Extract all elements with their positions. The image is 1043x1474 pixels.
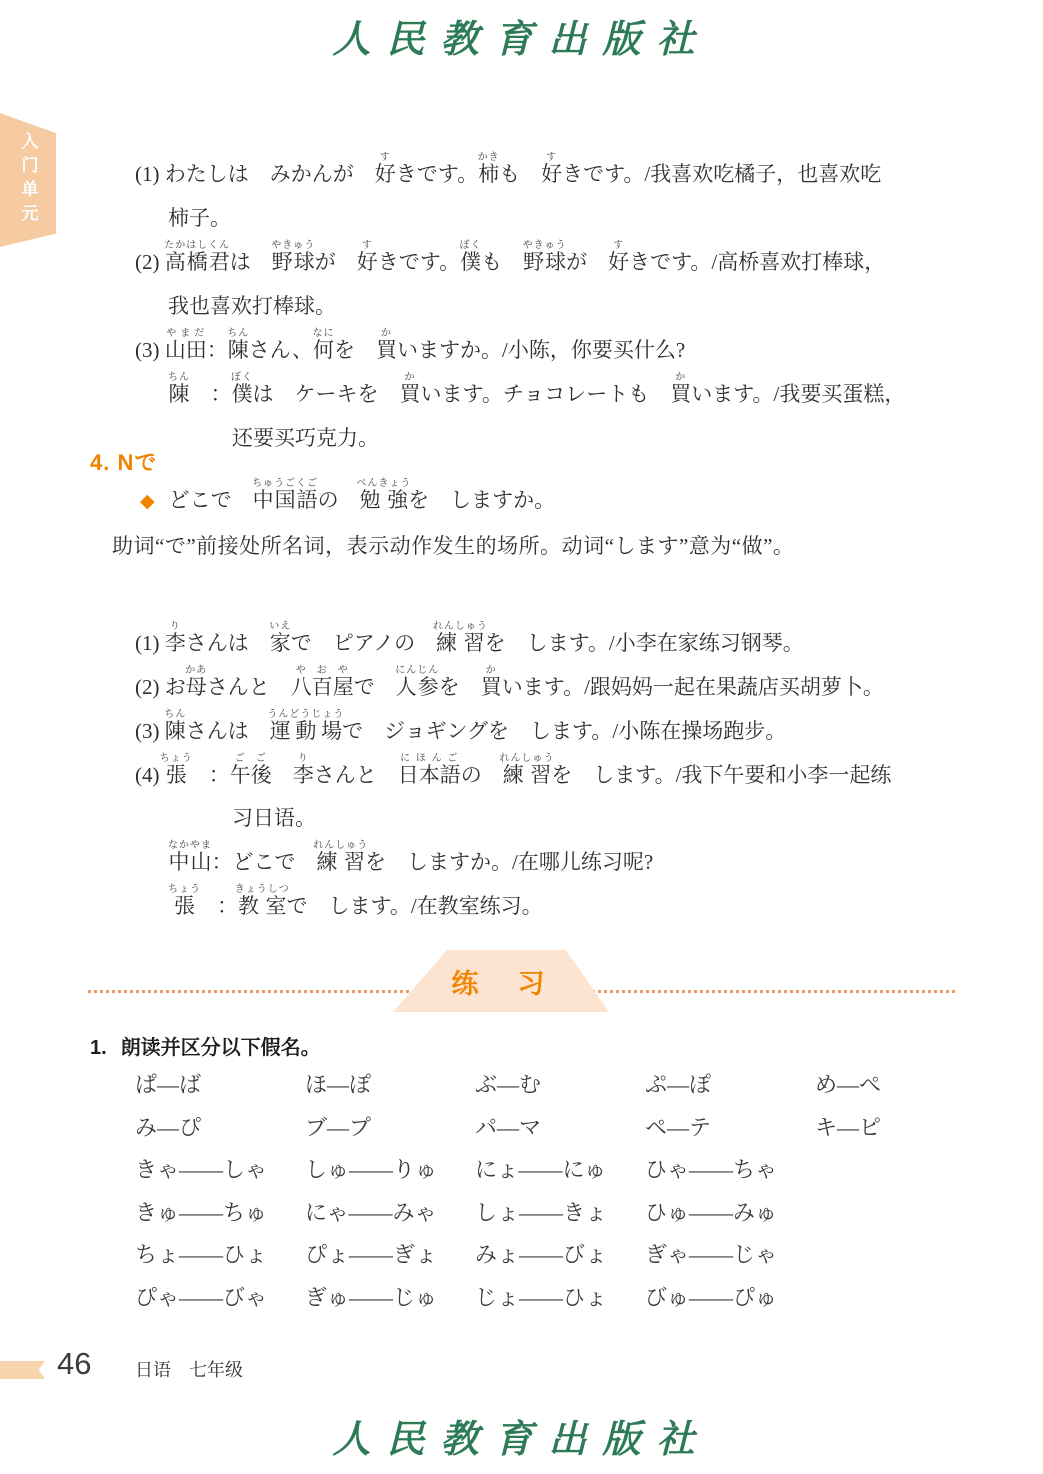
kana-row: ぱ—ばほ—ぽぶ—むぷ—ぽめ—ぺ [135,1064,1015,1107]
section4-explanation: 助词“で”前接处所名词，表示动作发生的场所。动词“します”意为“做”。 [112,524,794,568]
example-line: (4) 張ちょう ：午後ごご 李りさんと 日本語にほんごの 練習れんしゅうを し… [0,753,1000,797]
section4-number: 4. [90,450,110,475]
ruby-word: 陳ちん [165,719,186,743]
practice-banner-label: 练 习 [452,962,551,1001]
example-line: (2) 高橋君たかはしくんは 野球やきゅうが 好すきです。僕ぼくも 野球やきゅう… [0,240,1000,284]
kana-pair: キ—ピ [815,1107,985,1150]
ruby-word: 陳ちん [228,338,249,362]
grammar-examples-block: (1) わたしは みかんが 好すきです。柿かきも 好すきです。/我喜欢吃橘子，也… [0,98,1000,460]
ruby-word: 勉強べんきょう [360,488,409,512]
example-line: (1) 李りさんは 家いえで ピアノの 練習れんしゅうを します。/小李在家练习… [0,621,1000,665]
ruby-word: 野球やきゅう [523,250,566,274]
example-line: 陳ちん ：僕ぼくは ケーキを 買かいます。チョコレートも 買かいます。/我要买蛋… [0,372,1000,416]
example-line: 張ちょう ：教室きょうしつで します。/在教室练习。 [0,884,1000,928]
kana-pair: びゅ——ぴゅ [645,1277,815,1320]
ruby-word: 人参にんじん [396,675,439,699]
kana-pair: ぎゃ——じゃ [645,1234,815,1277]
model-sentence-text: どこで 中国語ちゅうごくごの 勉強べんきょうを しますか。 [169,488,556,512]
ruby-word: 中山なかやま [168,850,212,874]
section4-examples-block: (1) 李りさんは 家いえで ピアノの 練習れんしゅうを します。/小李在家练习… [0,567,1000,928]
kana-row: ぴゃ——びゃぎゅ——じゅじょ——ひょびゅ——ぴゅ [135,1277,1015,1320]
section4-heading: 4. Nで [90,446,157,477]
kana-pair: にゃ——みゃ [305,1192,475,1235]
kana-row: きゅ——ちゅにゃ——みゃしょ——きょひゅ——みゅ [135,1192,1015,1235]
ruby-word: 張ちょう [168,894,196,918]
ruby-word: 好す [375,162,396,186]
textbook-page: 人民教育出版社 入门单元 (1) わたしは みかんが 好すきです。柿かきも 好す… [0,0,1043,1474]
kana-pair: しゅ——りゅ [305,1149,475,1192]
diamond-bullet-icon: ◆ [140,491,155,512]
footer-ribbon [0,1361,45,1379]
kana-pair: ひゃ——ちゃ [645,1149,815,1192]
ruby-word: 好す [608,250,629,274]
practice-item-heading: 1.朗读并区分以下假名。 [90,1031,321,1060]
ruby-word: 運動場うんどうじょう [270,719,342,743]
example-line: (3) 陳ちんさんは 運動場うんどうじょうで ジョギングを します。/小陈在操场… [0,709,1000,753]
ruby-word: 買か [376,338,397,362]
kana-row: ちょ——ひょぴょ——ぎょみょ——びょぎゃ——じゃ [135,1234,1015,1277]
ruby-word: 山田やまだ [165,338,207,362]
ruby-word: 母かあ [186,675,207,699]
kana-pair: ちょ——ひょ [135,1234,305,1277]
publisher-logo-top: 人民教育出版社 [0,8,1043,63]
book-label: 日语 七年级 [135,1356,243,1382]
ruby-word: 何なに [313,338,334,362]
ruby-word: 練習れんしゅう [317,850,366,874]
ruby-word: 買か [670,382,691,406]
kana-pair: ブ—プ [305,1107,475,1150]
kana-pair: ぶ—む [475,1064,645,1107]
kana-pair: ぴゃ——びゃ [135,1277,305,1320]
section4-model-sentence: ◆どこで 中国語ちゅうごくごの 勉強べんきょうを しますか。 [140,478,555,524]
kana-pair: みょ——びょ [475,1234,645,1277]
ruby-word: 柿かき [478,162,499,186]
ruby-word: 買か [481,675,502,699]
kana-pair: め—ぺ [815,1064,985,1107]
ruby-word: 練習れんしゅう [436,631,485,655]
ruby-word: 李り [293,763,314,787]
kana-pair: み—ぴ [135,1107,305,1150]
ruby-word: 買か [400,382,421,406]
section4-title: Nで [117,450,157,475]
practice-item-number: 1. [90,1037,107,1059]
ruby-word: 練習れんしゅう [503,763,552,787]
practice-banner: 练 习 [393,950,609,1012]
ruby-word: 僕ぼく [460,250,481,274]
ruby-word: 高橋君たかはしくん [165,250,230,274]
example-line: 习日语。 [0,797,1000,840]
kana-pair: ぴょ——ぎょ [305,1234,475,1277]
kana-pair: パ—マ [475,1107,645,1150]
ruby-word: 好す [541,162,562,186]
kana-row: み—ぴブ—プパ—マペ—テキ—ピ [135,1107,1015,1150]
example-line: (2) お母かあさんと 八百屋やおやで 人参にんじんを 買かいます。/跟妈妈一起… [0,665,1000,709]
ruby-word: 陳ちん [168,382,190,406]
example-line: (1) わたしは みかんが 好すきです。柿かきも 好すきです。/我喜欢吃橘子，也… [0,152,1000,196]
publisher-logo-bottom: 人民教育出版社 [0,1408,1043,1463]
kana-pair: ぷ—ぽ [645,1064,815,1107]
kana-pair: きゅ——ちゅ [135,1192,305,1235]
ruby-word: 張ちょう [165,763,188,787]
kana-pair: ほ—ぽ [305,1064,475,1107]
practice-item-text: 朗读并区分以下假名。 [121,1037,321,1059]
example-line: (3) 山田やまだ：陳ちんさん、何なにを 買かいますか。/小陈，你要买什么? [0,328,1000,372]
ruby-word: 好す [357,250,378,274]
kana-pair: にょ——にゅ [475,1149,645,1192]
kana-pair: ぱ—ば [135,1064,305,1107]
ruby-word: 中国語ちゅうごくご [253,488,318,512]
kana-pair: じょ——ひょ [475,1277,645,1320]
kana-pair: しょ——きょ [475,1192,645,1235]
kana-pair: きゃ——しゃ [135,1149,305,1192]
ruby-word: 野球やきゅう [272,250,315,274]
ruby-word: 八百屋やおや [291,675,354,699]
example-line: 我也喜欢打棒球。 [0,284,1000,328]
kana-pairs-block: ぱ—ばほ—ぽぶ—むぷ—ぽめ—ぺみ—ぴブ—プパ—マペ—テキ—ピきゃ——しゃしゅ——… [135,1064,1015,1320]
page-number: 46 [57,1346,91,1382]
ruby-word: 僕ぼく [232,382,253,406]
ruby-word: 教室きょうしつ [238,894,287,918]
kana-row: きゃ——しゃしゅ——りゅにょ——にゅひゃ——ちゃ [135,1149,1015,1192]
kana-pair: ひゅ——みゅ [645,1192,815,1235]
example-line: 柿子。 [0,196,1000,240]
ruby-word: 家いえ [270,631,291,655]
kana-pair: ペ—テ [645,1107,815,1150]
example-line: 中山なかやま：どこで 練習れんしゅうを しますか。/在哪儿练习呢? [0,840,1000,884]
ruby-word: 李り [165,631,186,655]
ruby-word: 日本語にほんご [398,763,461,787]
ruby-word: 午後ごご [230,763,272,787]
kana-pair: ぎゅ——じゅ [305,1277,475,1320]
